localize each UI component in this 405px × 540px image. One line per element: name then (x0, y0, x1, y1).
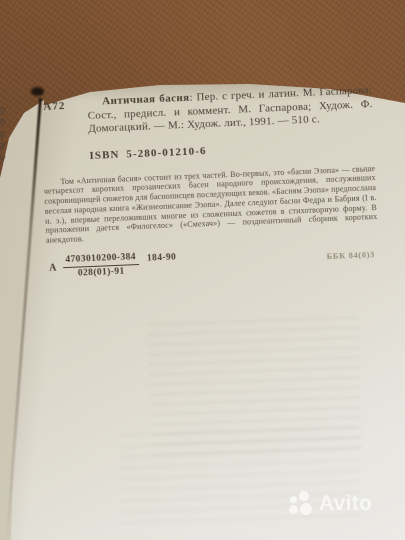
card-code: 184-90 (147, 252, 177, 263)
imprint-text-block: А72 Античная басня: Пер. с греч. и латин… (40, 84, 379, 280)
avito-label: Avito (319, 492, 372, 516)
classification-code: А72 (43, 100, 66, 115)
avito-watermark: Avito (289, 491, 372, 517)
page-edge-numbers: 23 29 45 04 35 (0, 104, 9, 161)
avito-logo-icon (289, 491, 314, 517)
binding-shadow (31, 87, 44, 96)
isbn: ISBN 5-280-01210-6 (42, 138, 374, 164)
bbk-code: ББК 84(0)3 (326, 249, 375, 261)
book-photo: 23 29 45 04 35 А72 Античная басня: Пер. … (0, 0, 405, 540)
annotation: Том «Античная басня» состоит из трех час… (43, 164, 378, 246)
card-fraction: 4703010200-384 028(01)-91 (62, 252, 139, 280)
card-prefix: А (49, 262, 57, 273)
